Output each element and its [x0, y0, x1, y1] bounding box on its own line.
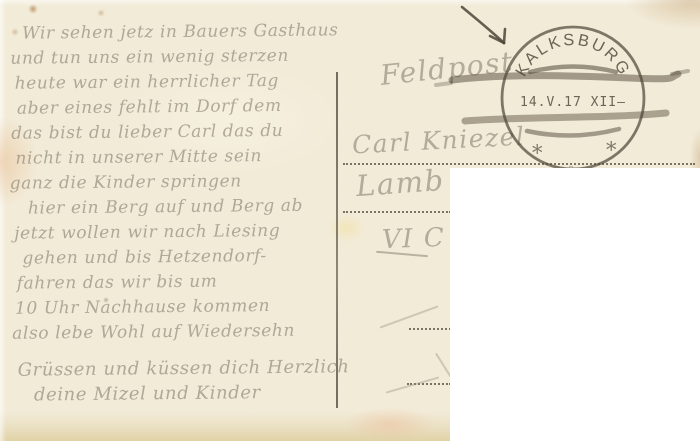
pencil-stroke	[386, 376, 439, 393]
stamp-smudge	[672, 71, 688, 74]
message-line: Grüssen und küssen dich Herzlich	[18, 354, 346, 382]
stamp-bar	[465, 113, 666, 121]
message-block: Wir sehen jetz in Bauers Gasthaus und tu…	[12, 18, 346, 407]
message-line: das bist du lieber Carl das du	[11, 118, 343, 146]
stamp-bar	[452, 74, 678, 80]
pencil-stroke	[380, 305, 439, 328]
message-line: deine Mizel und Kinder	[34, 379, 346, 407]
message-line: aber eines fehlt im Dorf dem	[17, 93, 343, 121]
message-line: hier ein Berg auf und Berg ab	[28, 193, 344, 221]
message-line: und tun uns ein wenig sterzen	[10, 43, 342, 71]
message-line: gehen und bis Hetzendorf-	[22, 243, 344, 271]
stamp-smudge	[436, 83, 451, 85]
handwriting-district: VI C	[381, 223, 445, 255]
stamp-arc	[527, 129, 619, 136]
hand-drawn-arrow-icon	[462, 7, 505, 43]
white-overlay-patch	[450, 168, 700, 441]
address-dotted-line-2	[343, 211, 451, 213]
message-line: also lebe Wohl auf Wiedersehn	[12, 318, 345, 346]
message-line: ganz die Kinder springen	[10, 168, 344, 196]
postcard: Wir sehen jetz in Bauers Gasthaus und tu…	[0, 0, 700, 441]
message-line: jetzt wollen wir nach Liesing	[14, 218, 344, 246]
postmark-date-text: 14.V.17 XII—	[520, 95, 626, 110]
postmark-stamp: KALKSBURG 14.V.17 XII— * * a	[436, 27, 688, 175]
message-line: nicht in unserer Mitte sein	[15, 143, 343, 171]
message-line: Wir sehen jetz in Bauers Gasthaus	[22, 18, 342, 46]
stamp-arc	[530, 67, 616, 73]
message-line: 10 Uhr Nachhause kommen	[15, 293, 345, 321]
postmark-star-left: *	[532, 141, 543, 165]
message-line: heute war ein herrlicher Tag	[15, 68, 343, 96]
message-line: fahren das wir bis um	[17, 268, 345, 296]
postmark-star-right: *	[606, 138, 617, 162]
address-dotted-line-3	[409, 328, 451, 330]
